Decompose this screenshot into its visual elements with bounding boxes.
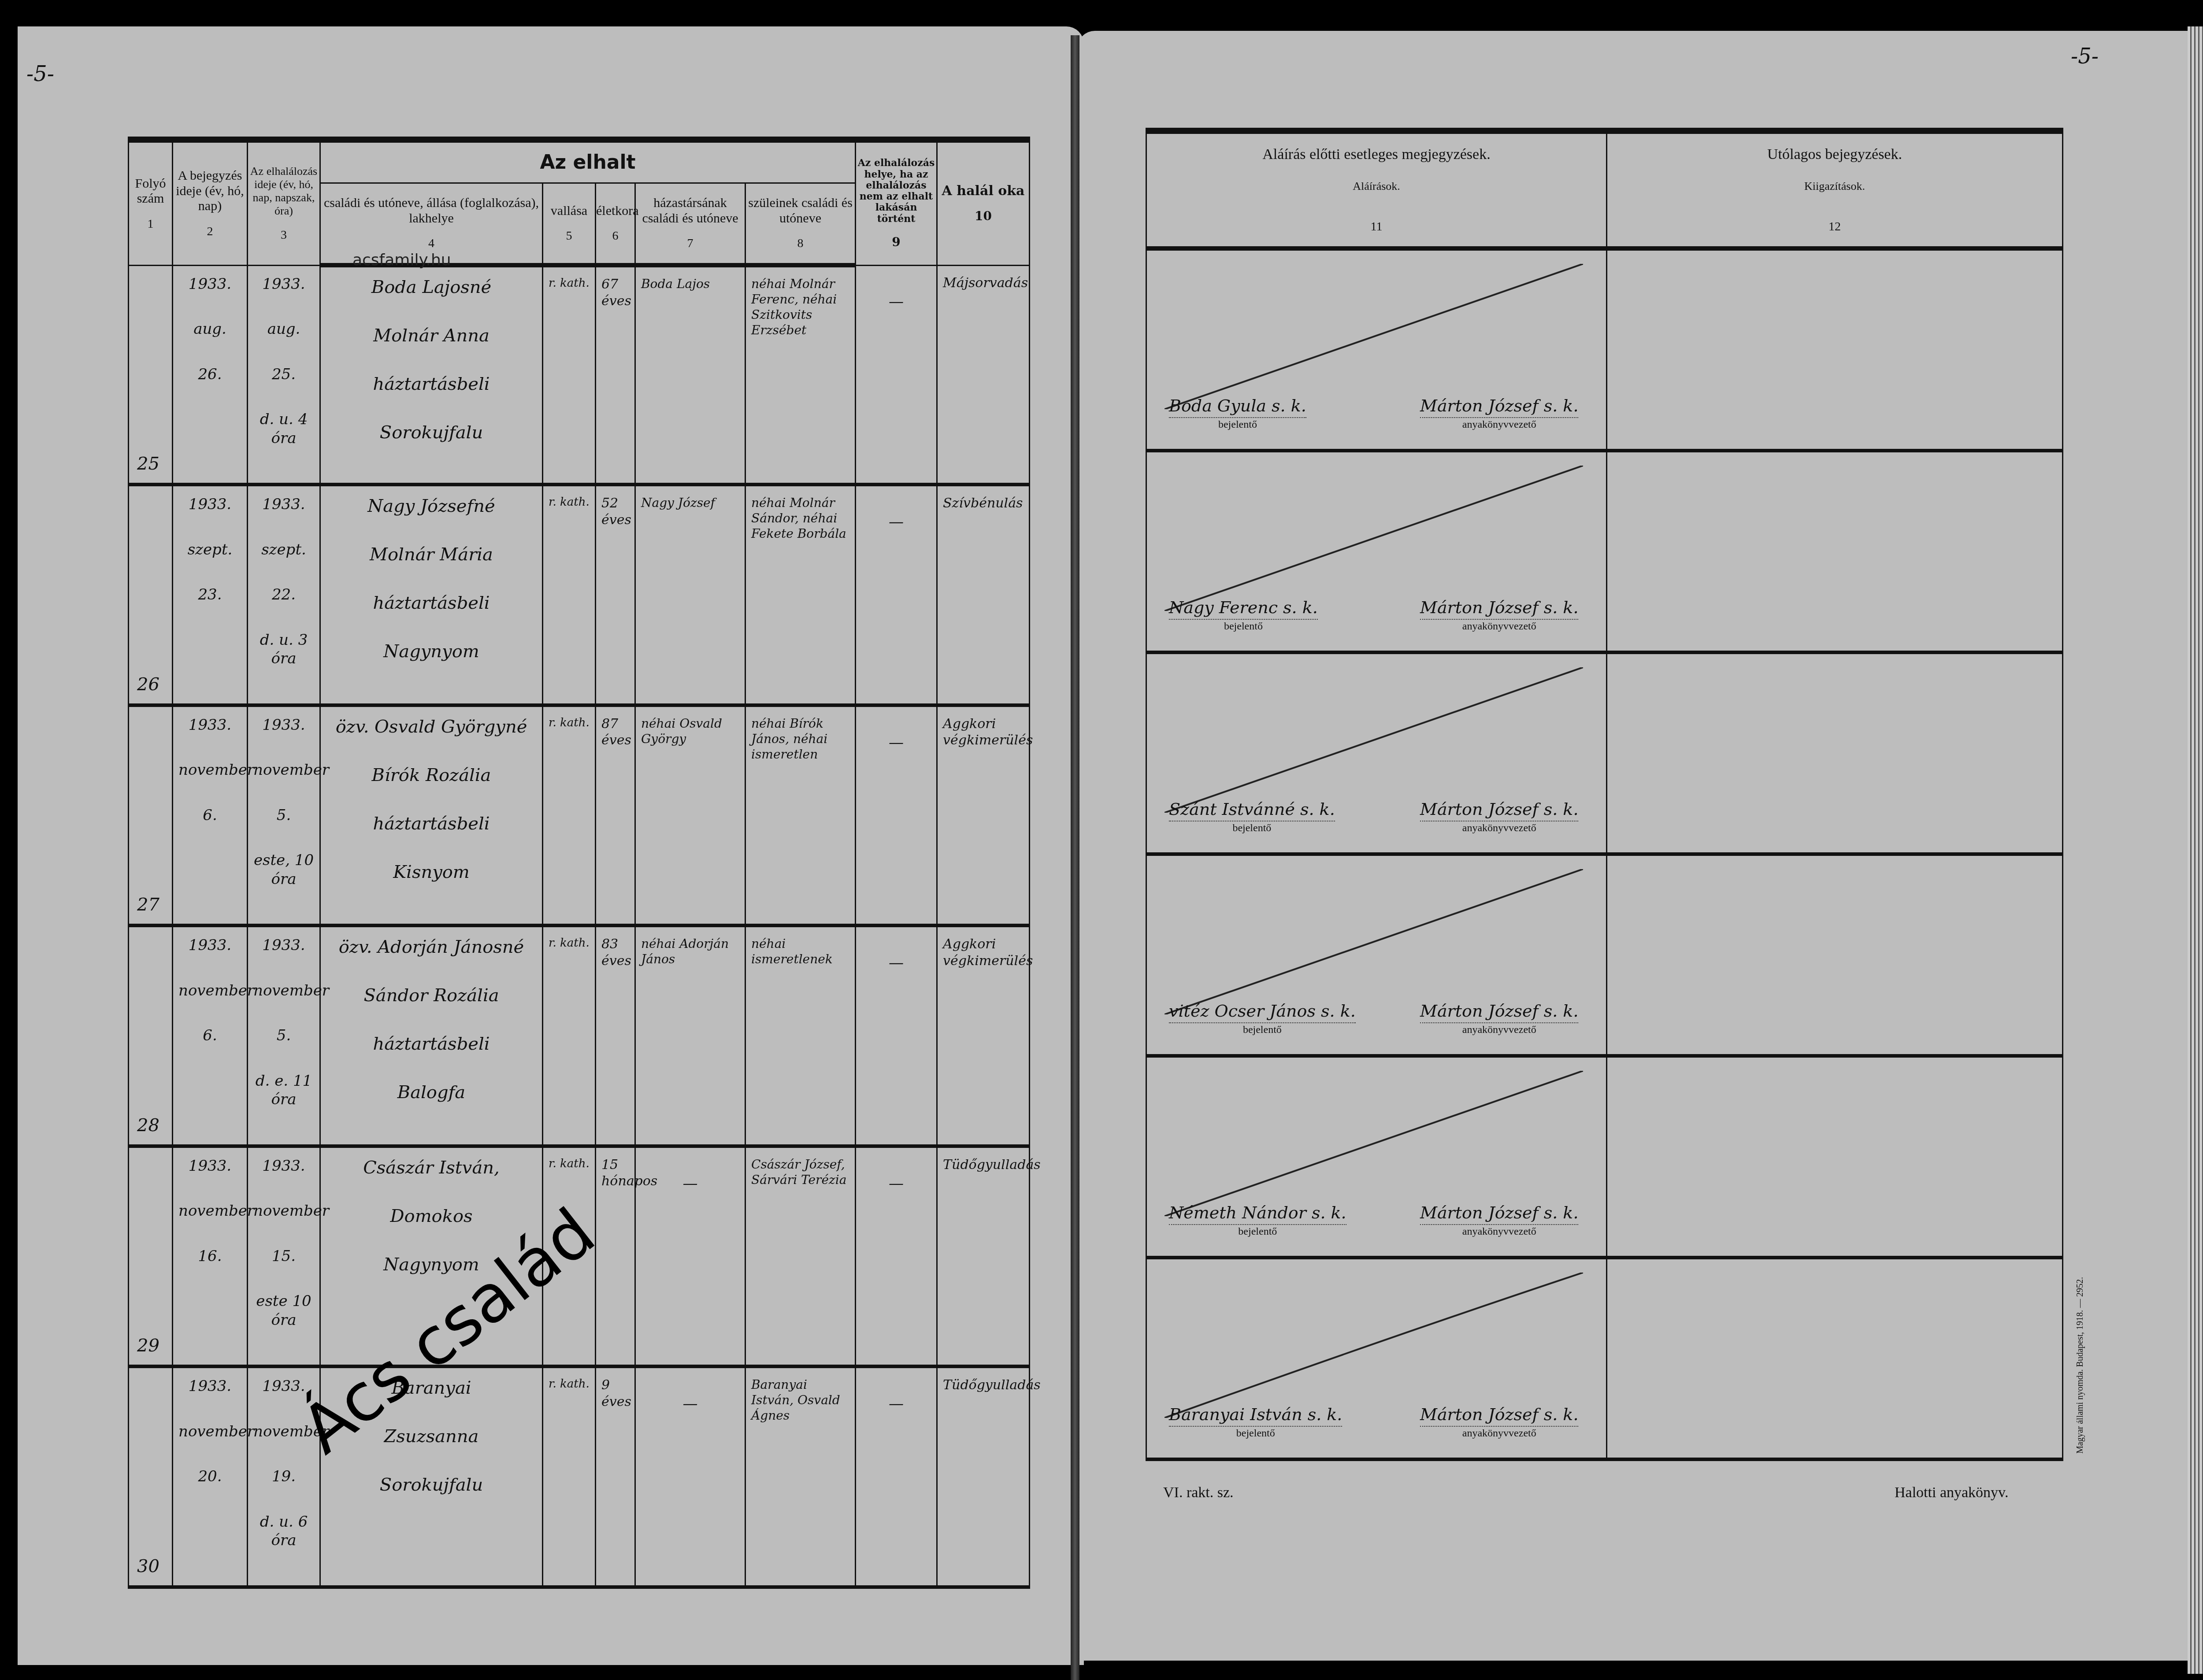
registrar-signature: Márton József s. k.anyakönyvvezető	[1420, 1001, 1578, 1037]
entry-year: 1933.	[178, 275, 241, 294]
entry-month: aug.	[178, 320, 241, 339]
spouse-name: néhai Adorján János	[636, 927, 745, 1144]
reporter-signature: vitéz Ocser János s. k.bejelentő	[1169, 1001, 1356, 1037]
death-day: 5.	[253, 1026, 314, 1045]
death-year: 1933.	[253, 495, 314, 514]
registrar-signature: Márton József s. k.anyakönyvvezető	[1420, 396, 1578, 432]
deceased-occupation: háztartásbeli	[326, 1033, 537, 1055]
death-time: d. u. 3 óra	[253, 631, 314, 668]
death-month: szept.	[253, 540, 314, 559]
register-row-28: 28 1933.november6. 1933.november5.d. e. …	[129, 925, 1030, 1146]
cause-of-death: Tüdőgyulladás	[938, 1368, 1029, 1585]
religion: r. kath.	[543, 486, 595, 703]
age: 67 éves	[596, 267, 634, 483]
parents-names: néhai Bírók János, néhai ismeretlen	[746, 707, 855, 924]
deceased-occupation: háztartásbeli	[326, 813, 537, 835]
registrar-signature: Márton József s. k.anyakönyvvezető	[1420, 1203, 1578, 1239]
parents-names: Császár József, Sárvári Terézia	[746, 1148, 855, 1365]
death-month: november	[253, 761, 314, 780]
death-month: aug.	[253, 320, 314, 339]
parents-names: néhai ismeretlenek	[746, 927, 855, 1144]
entry-year: 1933.	[178, 1157, 241, 1176]
signature-row-30: Baranyai István s. k.bejelentő Márton Jó…	[1146, 1258, 2063, 1459]
subsequent-notes-cell	[1607, 1258, 2063, 1459]
deceased-occupation: háztartásbeli	[326, 592, 537, 614]
entry-day: 6.	[178, 1026, 241, 1045]
spouse-name: Nagy József	[636, 486, 745, 703]
cause-of-death: Aggkori végkimerülés	[938, 707, 1029, 924]
entry-day: 20.	[178, 1467, 241, 1486]
cause-of-death: Szívbénulás	[938, 486, 1029, 703]
deceased-maiden-name: Molnár Anna	[326, 325, 537, 347]
reporter-signature: Németh Nándor s. k.bejelentő	[1169, 1203, 1346, 1239]
entry-number: 30	[137, 1555, 159, 1577]
col-header-10: A halál oka10	[937, 140, 1030, 265]
death-year: 1933.	[253, 275, 314, 294]
spouse-name: —	[636, 1368, 745, 1585]
entry-day: 16.	[178, 1247, 241, 1266]
col-header-12: Utólagos bejegyzések.Kiigazítások.12	[1607, 131, 2063, 248]
death-month: november	[253, 1202, 314, 1221]
deceased-maiden-name: Molnár Mária	[326, 544, 537, 566]
entry-year: 1933.	[178, 495, 241, 514]
entry-number: 29	[137, 1335, 159, 1357]
religion: r. kath.	[543, 927, 595, 1144]
col-header-11: Aláírás előtti esetleges megjegyzések.Al…	[1146, 131, 1607, 248]
death-day: 19.	[253, 1467, 314, 1486]
subsequent-notes-cell	[1607, 248, 2063, 451]
strikethrough-diagonal-icon	[1165, 264, 1583, 409]
col-header-1: Folyó szám1	[129, 140, 173, 265]
death-year: 1933.	[253, 1377, 314, 1396]
footer-left-label: VI. rakt. sz.	[1163, 1484, 1234, 1501]
age: 52 éves	[596, 486, 634, 703]
death-day: 22.	[253, 585, 314, 604]
entry-day: 23.	[178, 585, 241, 604]
signature-row-28: vitéz Ocser János s. k.bejelentő Márton …	[1146, 854, 2063, 1056]
col-header-2: A bejegyzés ideje (év, hó, nap)2	[173, 140, 248, 265]
death-year: 1933.	[253, 1157, 314, 1176]
col-header-9: Az elhalálozás helye, ha az elhalálozás …	[856, 140, 937, 265]
deceased-residence: Sorokujfalu	[326, 422, 537, 444]
group-header-az-elhalt: Az elhalt	[320, 140, 856, 183]
religion: r. kath.	[543, 707, 595, 924]
signature-row-26: Nagy Ferenc s. k.bejelentő Márton József…	[1146, 451, 2063, 652]
age: 83 éves	[596, 927, 634, 1144]
death-place: —	[856, 707, 936, 924]
death-place: —	[856, 486, 936, 703]
entry-year: 1933.	[178, 1377, 241, 1396]
entry-number: 26	[137, 673, 159, 696]
strikethrough-diagonal-icon	[1165, 1273, 1583, 1418]
age: 9 éves	[596, 1368, 634, 1585]
register-row-27: 27 1933.november6. 1933.november5.este, …	[129, 705, 1030, 926]
entry-year: 1933.	[178, 936, 241, 955]
parents-names: Baranyai István, Osvald Ágnes	[746, 1368, 855, 1585]
entry-month: november	[178, 1202, 241, 1221]
spouse-name: Boda Lajos	[636, 267, 745, 483]
register-row-25: 25 1933.aug.26. 1933.aug.25.d. u. 4 óra …	[129, 265, 1030, 485]
col-header-3: Az elhalálozás ideje (év, hó, nap, napsz…	[248, 140, 320, 265]
cause-of-death: Májsorvadás	[938, 266, 1029, 483]
religion: r. kath.	[543, 1368, 595, 1585]
signature-row-25: Boda Gyula s. k.bejelentő Márton József …	[1146, 248, 2063, 451]
death-place: —	[856, 1368, 936, 1585]
deceased-second-name: Domokos	[326, 1205, 537, 1227]
subsequent-notes-cell	[1607, 451, 2063, 652]
page-number-left: -5-	[26, 62, 54, 86]
death-year: 1933.	[253, 936, 314, 955]
entry-month: november	[178, 761, 241, 780]
registrar-signature: Márton József s. k.anyakönyvvezető	[1420, 1404, 1578, 1440]
death-place: —	[856, 266, 936, 483]
parents-names: néhai Molnár Sándor, néhai Fekete Borbál…	[746, 486, 855, 703]
death-time: d. u. 4 óra	[253, 410, 314, 448]
entry-number: 25	[137, 453, 159, 475]
deceased-name: özv. Osvald Györgyné	[326, 716, 537, 738]
age: 87 éves	[596, 707, 634, 924]
col-header-8: szüleinek családi és utóneve8	[745, 183, 856, 266]
reporter-signature: Baranyai István s. k.bejelentő	[1169, 1404, 1342, 1440]
entry-month: november	[178, 1422, 241, 1441]
death-register-right-table: Aláírás előtti esetleges megjegyzések.Al…	[1146, 128, 2063, 1461]
deceased-maiden-name: Bírók Rozália	[326, 764, 537, 786]
death-time: este, 10 óra	[253, 851, 314, 888]
deceased-maiden-name: Sándor Rozália	[326, 984, 537, 1007]
col-header-7: házastársának családi és utóneve7	[635, 183, 745, 266]
subsequent-notes-cell	[1607, 1056, 2063, 1258]
death-day: 5.	[253, 806, 314, 825]
deceased-residence: Balogfa	[326, 1081, 537, 1103]
col-header-5: vallása5	[543, 183, 596, 266]
reporter-signature: Boda Gyula s. k.bejelentő	[1169, 396, 1306, 432]
death-month: november	[253, 981, 314, 1000]
reporter-signature: Nagy Ferenc s. k.bejelentő	[1169, 597, 1318, 633]
cause-of-death: Aggkori végkimerülés	[938, 927, 1029, 1144]
footer-right-label: Halotti anyakönyv.	[1895, 1484, 2008, 1501]
spouse-name: —	[636, 1148, 745, 1365]
death-place: —	[856, 927, 936, 1144]
subsequent-notes-cell	[1607, 854, 2063, 1056]
col-header-6: életkora6	[596, 183, 635, 266]
watermark-site-url: acsfamily.hu	[352, 251, 451, 269]
entry-year: 1933.	[178, 716, 241, 735]
religion: r. kath.	[543, 267, 595, 483]
signature-row-29: Németh Nándor s. k.bejelentő Márton Józs…	[1146, 1056, 2063, 1258]
death-time: d. e. 11 óra	[253, 1072, 314, 1109]
deceased-occupation: háztartásbeli	[326, 373, 537, 395]
death-place: —	[856, 1148, 936, 1365]
signature-row-27: Szánt Istvánné s. k.bejelentő Márton Józ…	[1146, 652, 2063, 854]
registrar-signature: Márton József s. k.anyakönyvvezető	[1420, 597, 1578, 633]
deceased-name: özv. Adorján Jánosné	[326, 936, 537, 958]
printer-imprint: Magyar állami nyomda. Budapest, 1918. — …	[2075, 1277, 2085, 1454]
subsequent-notes-cell	[1607, 652, 2063, 854]
parents-names: néhai Molnár Ferenc, néhai Szitkovits Er…	[746, 267, 855, 483]
reporter-signature: Szánt Istvánné s. k.bejelentő	[1169, 799, 1335, 835]
death-year: 1933.	[253, 716, 314, 735]
entry-month: november	[178, 981, 241, 1000]
strikethrough-diagonal-icon	[1165, 466, 1583, 611]
book-gutter	[1071, 35, 1079, 1680]
deceased-residence: Nagynyom	[326, 640, 537, 662]
cause-of-death: Tüdőgyulladás	[938, 1148, 1029, 1365]
strikethrough-diagonal-icon	[1165, 1071, 1583, 1216]
strikethrough-diagonal-icon	[1165, 869, 1583, 1014]
death-time: d. u. 6 óra	[253, 1513, 314, 1550]
death-day: 15.	[253, 1247, 314, 1266]
strikethrough-diagonal-icon	[1165, 667, 1583, 813]
register-row-30: 30 1933.november20. 1933.november19.d. u…	[129, 1366, 1030, 1587]
entry-day: 6.	[178, 806, 241, 825]
entry-month: szept.	[178, 540, 241, 559]
page-number-right: -5-	[2071, 44, 2099, 69]
entry-number: 28	[137, 1114, 159, 1136]
deceased-residence: Kisnyom	[326, 861, 537, 883]
register-row-26: 26 1933.szept.23. 1933.szept.22.d. u. 3 …	[129, 485, 1030, 705]
spouse-name: néhai Osvald György	[636, 707, 745, 924]
deceased-name: Nagy Józsefné	[326, 495, 537, 517]
entry-number: 27	[137, 894, 159, 916]
page-edges	[2188, 26, 2203, 1674]
deceased-residence: Sorokujfalu	[326, 1474, 537, 1496]
death-register-left-table: Folyó szám1 A bejegyzés ideje (év, hó, n…	[128, 137, 1030, 1589]
registrar-signature: Márton József s. k.anyakönyvvezető	[1420, 799, 1578, 835]
deceased-name: Boda Lajosné	[326, 276, 537, 298]
deceased-name: Császár István,	[326, 1157, 537, 1179]
death-time: este 10 óra	[253, 1292, 314, 1329]
death-day: 25.	[253, 365, 314, 384]
entry-day: 26.	[178, 365, 241, 384]
